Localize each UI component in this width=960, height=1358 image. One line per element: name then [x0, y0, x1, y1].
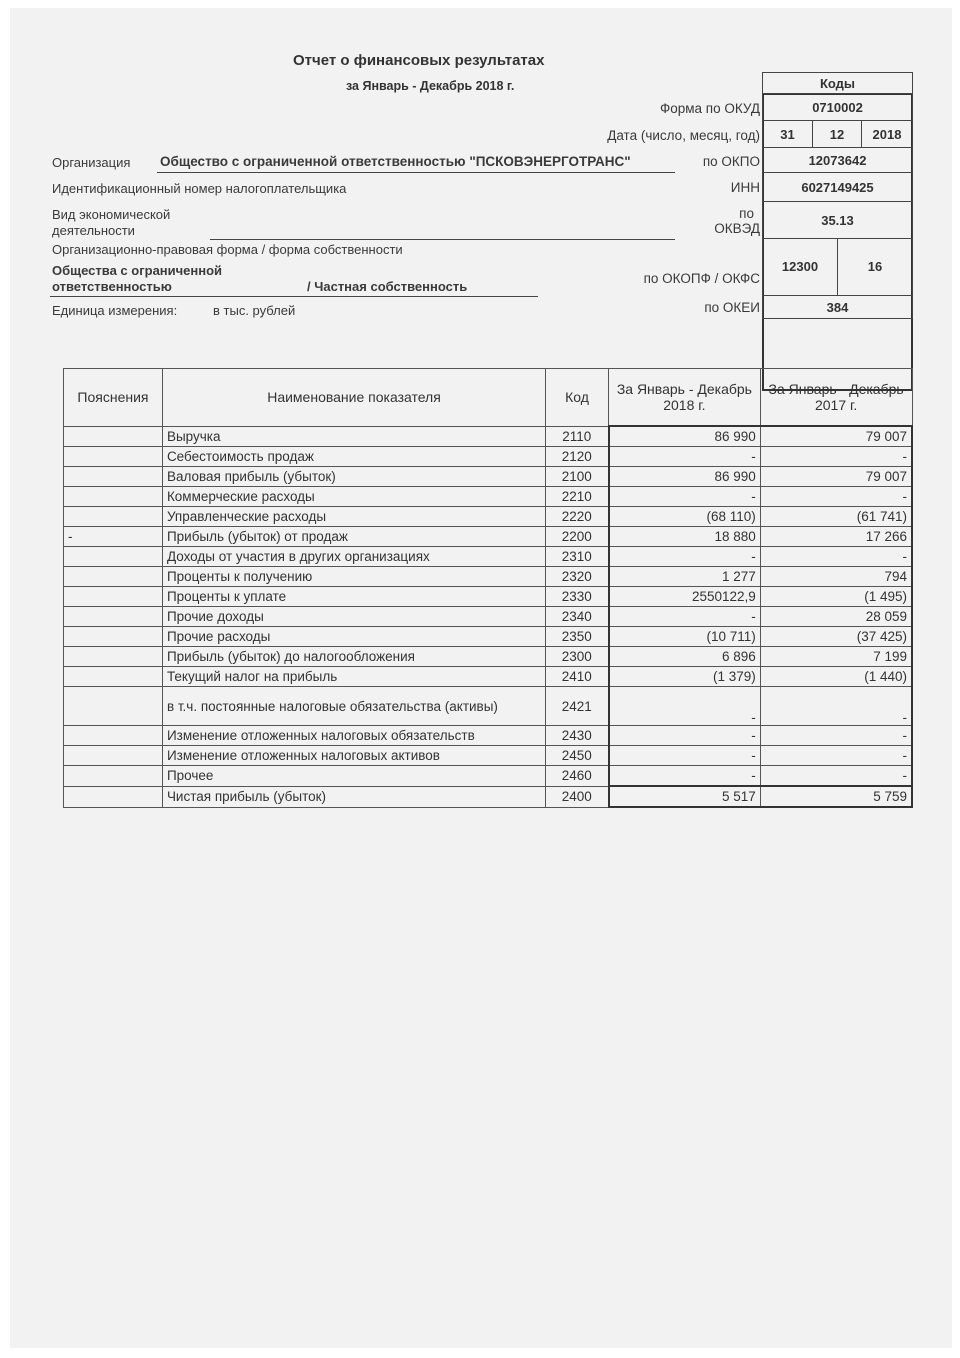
okpo-label: по ОКПО: [703, 154, 760, 169]
okei-label: по ОКЕИ: [704, 300, 760, 315]
okpo-value: 12073642: [762, 147, 913, 173]
table-row: Текущий налог на прибыль2410(1 379)(1 44…: [64, 667, 913, 687]
cell-2018: -: [609, 547, 761, 567]
form-underline: [50, 296, 538, 297]
cell-code: 2340: [546, 607, 609, 627]
cell-name: Проценты к уплате: [162, 587, 545, 607]
table-row: Изменение отложенных налоговых обязатель…: [64, 726, 913, 746]
cell-2017: 28 059: [760, 607, 912, 627]
inn-label: Идентификационный номер налогоплательщик…: [52, 181, 346, 196]
cell-code: 2320: [546, 567, 609, 587]
cell-2018: 86 990: [609, 426, 761, 447]
okved-label-line1: по: [714, 206, 760, 221]
financial-results-table: Пояснения Наименование показателя Код За…: [63, 368, 913, 808]
cell-2017: (61 741): [760, 507, 912, 527]
cell-name: Чистая прибыль (убыток): [162, 786, 545, 807]
cell-2017: -: [760, 687, 912, 726]
cell-2017: (1 495): [760, 587, 912, 607]
cell-code: 2450: [546, 746, 609, 766]
cell-2017: 7 199: [760, 647, 912, 667]
cell-code: 2350: [546, 627, 609, 647]
cell-2018: -: [609, 487, 761, 507]
cell-note: [64, 726, 163, 746]
cell-code: 2400: [546, 786, 609, 807]
cell-2017: 5 759: [760, 786, 912, 807]
cell-2018: -: [609, 726, 761, 746]
table-row: Проценты к получению23201 277794: [64, 567, 913, 587]
okud-value: 0710002: [762, 93, 913, 121]
cell-2017: 79 007: [760, 467, 912, 487]
cell-name: Изменение отложенных налоговых обязатель…: [162, 726, 545, 746]
cell-2017: 17 266: [760, 527, 912, 547]
cell-note: -: [64, 527, 163, 547]
cell-note: [64, 487, 163, 507]
cell-name: Прочие доходы: [162, 607, 545, 627]
cell-2018: 1 277: [609, 567, 761, 587]
table-row: Прочие доходы2340-28 059: [64, 607, 913, 627]
activity-underline: [210, 239, 675, 240]
okud-label: Форма по ОКУД: [660, 101, 760, 116]
cell-note: [64, 746, 163, 766]
cell-name: Прочие расходы: [162, 627, 545, 647]
okved-label-line2: ОКВЭД: [714, 221, 760, 236]
report-title: Отчет о финансовых результатах: [293, 52, 544, 69]
unit-label: Единица измерения:: [52, 303, 177, 318]
cell-2017: -: [760, 447, 912, 467]
cell-name: Управленческие расходы: [162, 507, 545, 527]
inn-value: 6027149425: [762, 172, 913, 202]
table-row: Себестоимость продаж2120--: [64, 447, 913, 467]
cell-2018: -: [609, 746, 761, 766]
okved-label: по ОКВЭД: [714, 206, 760, 236]
cell-code: 2310: [546, 547, 609, 567]
cell-name: Изменение отложенных налоговых активов: [162, 746, 545, 766]
cell-name: Доходы от участия в других организациях: [162, 547, 545, 567]
org-name: Общество с ограниченной ответственностью…: [160, 154, 631, 169]
form-label: Организационно-правовая форма / форма со…: [52, 242, 403, 257]
cell-name: Себестоимость продаж: [162, 447, 545, 467]
table-row: Изменение отложенных налоговых активов24…: [64, 746, 913, 766]
cell-2018: (10 711): [609, 627, 761, 647]
cell-note: [64, 607, 163, 627]
cell-2018: -: [609, 687, 761, 726]
cell-code: 2100: [546, 467, 609, 487]
cell-code: 2210: [546, 487, 609, 507]
cell-note: [64, 627, 163, 647]
table-row: Доходы от участия в других организациях2…: [64, 547, 913, 567]
cell-name: Коммерческие расходы: [162, 487, 545, 507]
header-notes: Пояснения: [64, 369, 163, 427]
cell-name: в т.ч. постоянные налоговые обязательств…: [162, 687, 545, 726]
date-year: 2018: [861, 120, 913, 148]
table-row: Чистая прибыль (убыток)24005 5175 759: [64, 786, 913, 807]
cell-note: [64, 426, 163, 447]
table-row: Выручка211086 99079 007: [64, 426, 913, 447]
cell-name: Проценты к получению: [162, 567, 545, 587]
cell-2017: -: [760, 487, 912, 507]
cell-note: [64, 786, 163, 807]
cell-name: Валовая прибыль (убыток): [162, 467, 545, 487]
org-underline: [157, 172, 675, 173]
form-value-line2: ответственностью: [52, 279, 172, 294]
activity-label-line1: Вид экономической: [52, 207, 170, 222]
cell-code: 2430: [546, 726, 609, 746]
header-name: Наименование показателя: [162, 369, 545, 427]
cell-name: Прибыль (убыток) от продаж: [162, 527, 545, 547]
cell-2017: -: [760, 766, 912, 787]
cell-name: Прочее: [162, 766, 545, 787]
cell-2018: 18 880: [609, 527, 761, 547]
cell-2017: -: [760, 746, 912, 766]
cell-2018: -: [609, 447, 761, 467]
okfs-value: 16: [837, 238, 913, 296]
cell-2018: 2550122,9: [609, 587, 761, 607]
okopf-label: по ОКОПФ / ОКФС: [644, 271, 760, 286]
okei-value: 384: [762, 295, 913, 319]
cell-2018: 86 990: [609, 467, 761, 487]
table-row: Прочие расходы2350(10 711)(37 425): [64, 627, 913, 647]
table-row: Прочее2460--: [64, 766, 913, 787]
table-row: Валовая прибыль (убыток)210086 99079 007: [64, 467, 913, 487]
unit-value: в тыс. рублей: [213, 303, 295, 318]
cell-2018: (68 110): [609, 507, 761, 527]
table-row: Проценты к уплате23302550122,9(1 495): [64, 587, 913, 607]
ownership-value: / Частная собственность: [307, 279, 467, 294]
org-label: Организация: [52, 155, 130, 170]
cell-code: 2460: [546, 766, 609, 787]
table-row: Управленческие расходы2220(68 110)(61 74…: [64, 507, 913, 527]
codes-heading: Коды: [762, 72, 913, 94]
cell-code: 2120: [546, 447, 609, 467]
table-row: Коммерческие расходы2210--: [64, 487, 913, 507]
cell-note: [64, 766, 163, 787]
activity-label-line2: деятельности: [52, 223, 135, 238]
cell-note: [64, 507, 163, 527]
okopf-value: 12300: [762, 238, 838, 296]
cell-2017: 794: [760, 567, 912, 587]
cell-2018: -: [609, 766, 761, 787]
cell-name: Прибыль (убыток) до налогообложения: [162, 647, 545, 667]
cell-2018: (1 379): [609, 667, 761, 687]
header-code: Код: [546, 369, 609, 427]
header-2018: За Январь - Декабрь 2018 г.: [609, 369, 761, 427]
cell-code: 2110: [546, 426, 609, 447]
date-day: 31: [762, 120, 813, 148]
cell-note: [64, 467, 163, 487]
cell-note: [64, 547, 163, 567]
cell-note: [64, 567, 163, 587]
cell-note: [64, 667, 163, 687]
table-row: в т.ч. постоянные налоговые обязательств…: [64, 687, 913, 726]
date-label: Дата (число, месяц, год): [607, 128, 760, 143]
cell-code: 2410: [546, 667, 609, 687]
cell-code: 2300: [546, 647, 609, 667]
okved-value: 35.13: [762, 201, 913, 239]
report-period: за Январь - Декабрь 2018 г.: [346, 79, 514, 93]
table-header-row: Пояснения Наименование показателя Код За…: [64, 369, 913, 427]
cell-note: [64, 447, 163, 467]
table-row: Прибыль (убыток) до налогообложения23006…: [64, 647, 913, 667]
cell-2017: -: [760, 726, 912, 746]
header-2017: За Январь - Декабрь 2017 г.: [760, 369, 912, 427]
cell-name: Выручка: [162, 426, 545, 447]
cell-code: 2200: [546, 527, 609, 547]
table-row: -Прибыль (убыток) от продаж220018 88017 …: [64, 527, 913, 547]
cell-2018: 5 517: [609, 786, 761, 807]
cell-2017: (1 440): [760, 667, 912, 687]
cell-note: [64, 587, 163, 607]
cell-2018: -: [609, 607, 761, 627]
cell-code: 2330: [546, 587, 609, 607]
cell-code: 2220: [546, 507, 609, 527]
cell-code: 2421: [546, 687, 609, 726]
date-month: 12: [812, 120, 862, 148]
cell-2017: (37 425): [760, 627, 912, 647]
cell-2017: -: [760, 547, 912, 567]
cell-note: [64, 647, 163, 667]
inn-code-label: ИНН: [731, 180, 760, 195]
cell-2018: 6 896: [609, 647, 761, 667]
form-value-line1: Общества с ограниченной: [52, 263, 222, 278]
cell-name: Текущий налог на прибыль: [162, 667, 545, 687]
cell-2017: 79 007: [760, 426, 912, 447]
cell-note: [64, 687, 163, 726]
